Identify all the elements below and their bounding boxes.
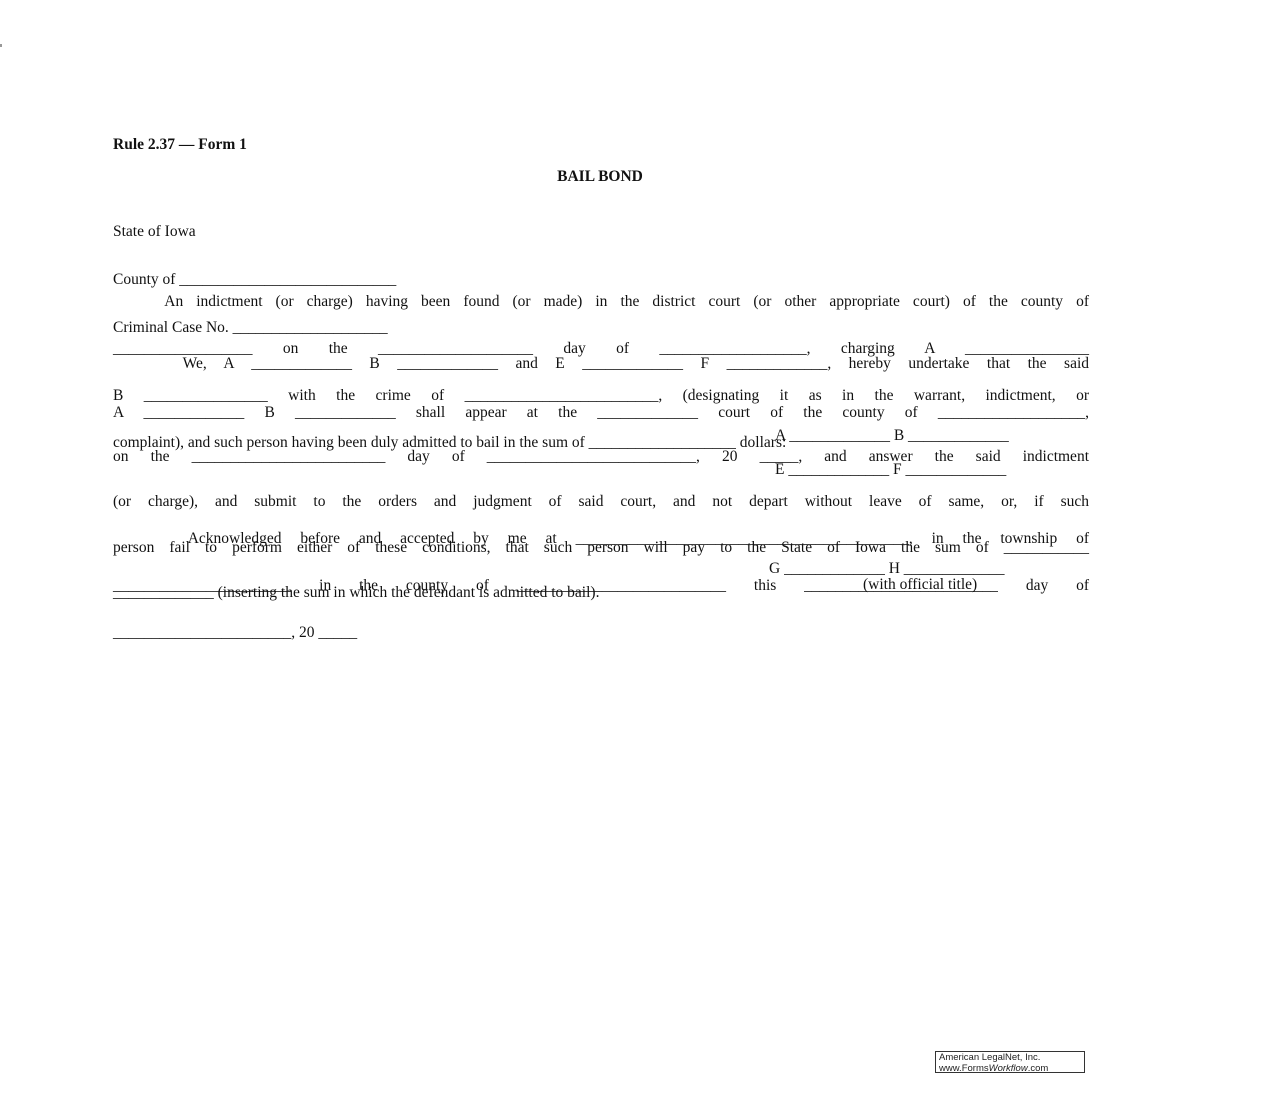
paragraph-line: A _____________ B _____________ shall ap… — [113, 405, 1089, 418]
rule-heading: Rule 2.37 — Form 1 — [113, 136, 247, 154]
state-line: State of Iowa — [113, 224, 396, 240]
paragraph-line: We, A _____________ B _____________ and … — [113, 356, 1089, 372]
paragraph-line: _______________________, 20 _____ — [113, 625, 1089, 641]
document-page: Rule 2.37 — Form 1 BAIL BOND State of Io… — [0, 0, 1275, 1100]
document-title: BAIL BOND — [0, 168, 1200, 186]
publisher-badge: American LegalNet, Inc. www.FormsWorkflo… — [935, 1051, 1085, 1073]
official-title-caption: (with official title) — [863, 576, 977, 594]
paragraph-line: Acknowledged before and accepted by me a… — [113, 531, 1089, 547]
publisher-url: www.FormsWorkflow.com — [939, 1064, 1084, 1075]
signature-line-a-b: A _____________ B _____________ — [775, 427, 1009, 445]
paragraph-line: An indictment (or charge) having been fo… — [113, 294, 1089, 310]
signature-line-e-f: E _____________ F _____________ — [775, 461, 1006, 479]
scan-mark — [0, 44, 2, 47]
